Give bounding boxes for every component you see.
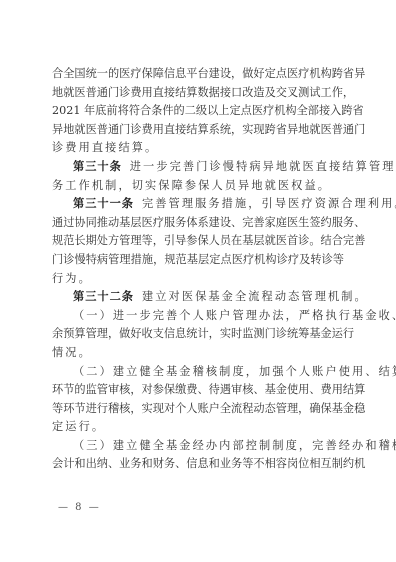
text-line: 规范长期处方管理等，引导参保人员在基层就医首诊。结合完善 [52, 232, 344, 251]
text-line: 进一步完善门诊慢特病异地就医直接结算管理服 [130, 160, 396, 173]
text-line: 门诊慢特病管理措施，规范基层定点医疗机构诊疗及转诊等 [52, 251, 344, 270]
text-line: 行为。 [52, 270, 344, 289]
article-label: 第三十一条 [73, 197, 134, 210]
article-30: 第三十条进一步完善门诊慢特病异地就医直接结算管理服 [52, 158, 344, 177]
text-line: 会计和出纳、业务和财务、信息和业务等不相容岗位相互制约机 [52, 455, 344, 474]
text-line: 2021 年底前将符合条件的二级以上定点医疗机构全部接入跨省 [52, 102, 344, 121]
text-line: 情况。 [52, 344, 344, 363]
text-line: （二）建立健全基金稽核制度，加强个人账户使用、结算等 [52, 363, 344, 382]
text-line: 完善管理服务措施，引导医疗资源合理利用。 [142, 197, 396, 210]
text-line: 诊费用直接结算。 [52, 139, 344, 158]
text-line: 建立对医保基金全流程动态管理机制。 [142, 290, 368, 303]
text-line: （三）建立健全基金经办内部控制制度，完善经办和稽核、 [52, 437, 344, 456]
article-32: 第三十二条建立对医保基金全流程动态管理机制。 [52, 288, 344, 307]
text-line: 定运行。 [52, 418, 344, 437]
document-page: 合全国统一的医疗保障信息平台建设，做好定点医疗机构跨省异 地就医普通门诊费用直接… [52, 65, 344, 474]
text-line: 合全国统一的医疗保障信息平台建设，做好定点医疗机构跨省异 [52, 65, 344, 84]
article-label: 第三十条 [73, 160, 122, 173]
text-line: 等环节进行稽核，实现对个人账户全流程动态管理，确保基金稳 [52, 400, 344, 419]
article-31: 第三十一条完善管理服务措施，引导医疗资源合理利用。 [52, 195, 344, 214]
article-label: 第三十二条 [73, 290, 134, 303]
text-line: 地就医普通门诊费用直接结算数据接口改造及交叉测试工作， [52, 84, 344, 103]
text-line: （一）进一步完善个人账户管理办法，严格执行基金收、支、 [52, 307, 344, 326]
text-line: 通过协同推动基层医疗服务体系建设、完善家庭医生签约服务、 [52, 214, 344, 233]
text-line: 务工作机制，切实保障参保人员异地就医权益。 [52, 177, 344, 196]
text-line: 异地就医普通门诊费用直接结算系统，实现跨省异地就医普通门 [52, 121, 344, 140]
text-line: 环节的监管审核，对参保缴费、待遇审核、基金使用、费用结算 [52, 381, 344, 400]
text-line: 余预算管理，做好收支信息统计，实时监测门诊统筹基金运行 [52, 325, 344, 344]
page-number: — 8 — [58, 502, 101, 513]
